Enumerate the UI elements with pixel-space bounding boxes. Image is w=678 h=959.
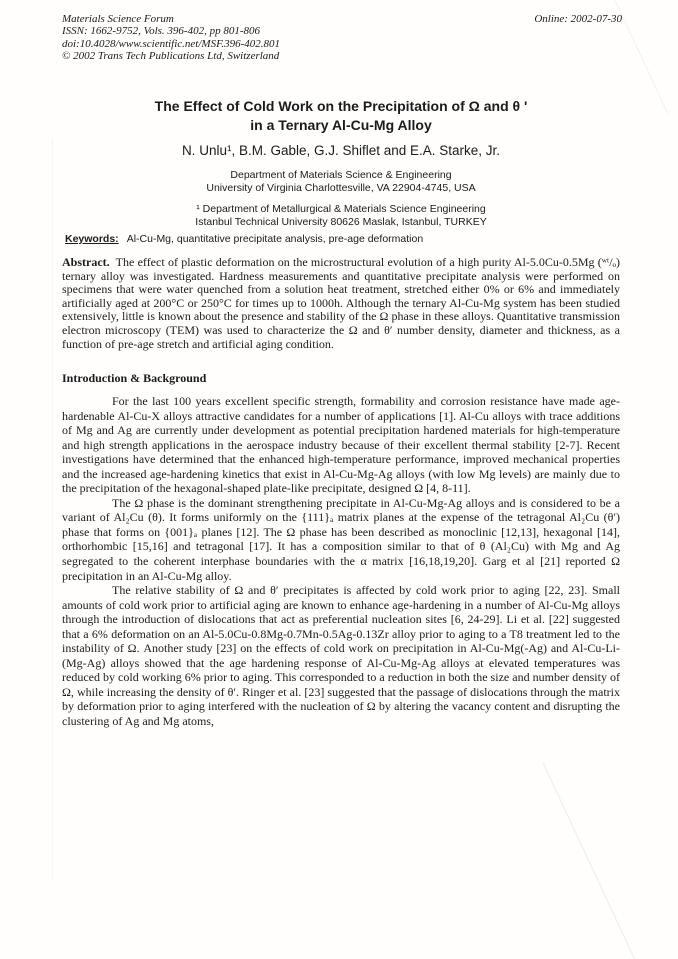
affiliation-istanbul: ¹ Department of Metallurgical & Material… — [62, 203, 620, 228]
affiliation-virginia: Department of Materials Science & Engine… — [62, 169, 620, 194]
scan-artifact-vertical-line — [52, 140, 53, 880]
body-text: For the last 100 years excellent specifi… — [62, 394, 620, 729]
affiliation-istanbul-univ: Istanbul Technical University 80626 Masl… — [62, 216, 620, 229]
journal-header-left: Materials Science Forum ISSN: 1662-9752,… — [62, 13, 280, 62]
doi-line: doi:10.4028/www.scientific.net/MSF.396-4… — [62, 38, 280, 50]
body-paragraph-1: For the last 100 years excellent specifi… — [62, 394, 620, 496]
copyright-line: © 2002 Trans Tech Publications Ltd, Swit… — [62, 50, 280, 62]
journal-header: Materials Science Forum ISSN: 1662-9752,… — [62, 13, 622, 62]
affiliation-istanbul-dept: ¹ Department of Metallurgical & Material… — [62, 203, 620, 216]
body-paragraph-2: The Ω phase is the dominant strengthenin… — [62, 496, 620, 583]
body-paragraph-3: The relative stability of Ω and θ′ preci… — [62, 583, 620, 728]
issn-line: ISSN: 1662-9752, Vols. 396-402, pp 801-8… — [62, 25, 280, 37]
keywords-label: Keywords: — [65, 233, 119, 245]
abstract: Abstract.The effect of plastic deformati… — [62, 256, 620, 351]
paper-page: Materials Science Forum ISSN: 1662-9752,… — [0, 0, 678, 959]
abstract-text: The effect of plastic deformation on the… — [62, 255, 620, 351]
paper-title-line1: The Effect of Cold Work on the Precipita… — [62, 97, 620, 116]
section-heading-introduction: Introduction & Background — [62, 371, 620, 386]
keywords-row: Keywords:Al-Cu-Mg, quantitative precipit… — [65, 233, 620, 245]
authors-line: N. Unlu¹, B.M. Gable, G.J. Shiflet and E… — [62, 143, 620, 158]
affiliation-virginia-dept: Department of Materials Science & Engine… — [62, 169, 620, 182]
affiliation-virginia-univ: University of Virginia Charlottesville, … — [62, 182, 620, 195]
abstract-label: Abstract. — [62, 255, 110, 269]
online-date: Online: 2002-07-30 — [534, 13, 622, 25]
keywords-text: Al-Cu-Mg, quantitative precipitate analy… — [127, 233, 423, 245]
journal-name: Materials Science Forum — [62, 13, 280, 25]
paper-title-line2: in a Ternary Al-Cu-Mg Alloy — [62, 116, 620, 135]
scan-artifact-diagonal-bottom-right — [543, 762, 639, 959]
paper-title: The Effect of Cold Work on the Precipita… — [62, 97, 620, 135]
